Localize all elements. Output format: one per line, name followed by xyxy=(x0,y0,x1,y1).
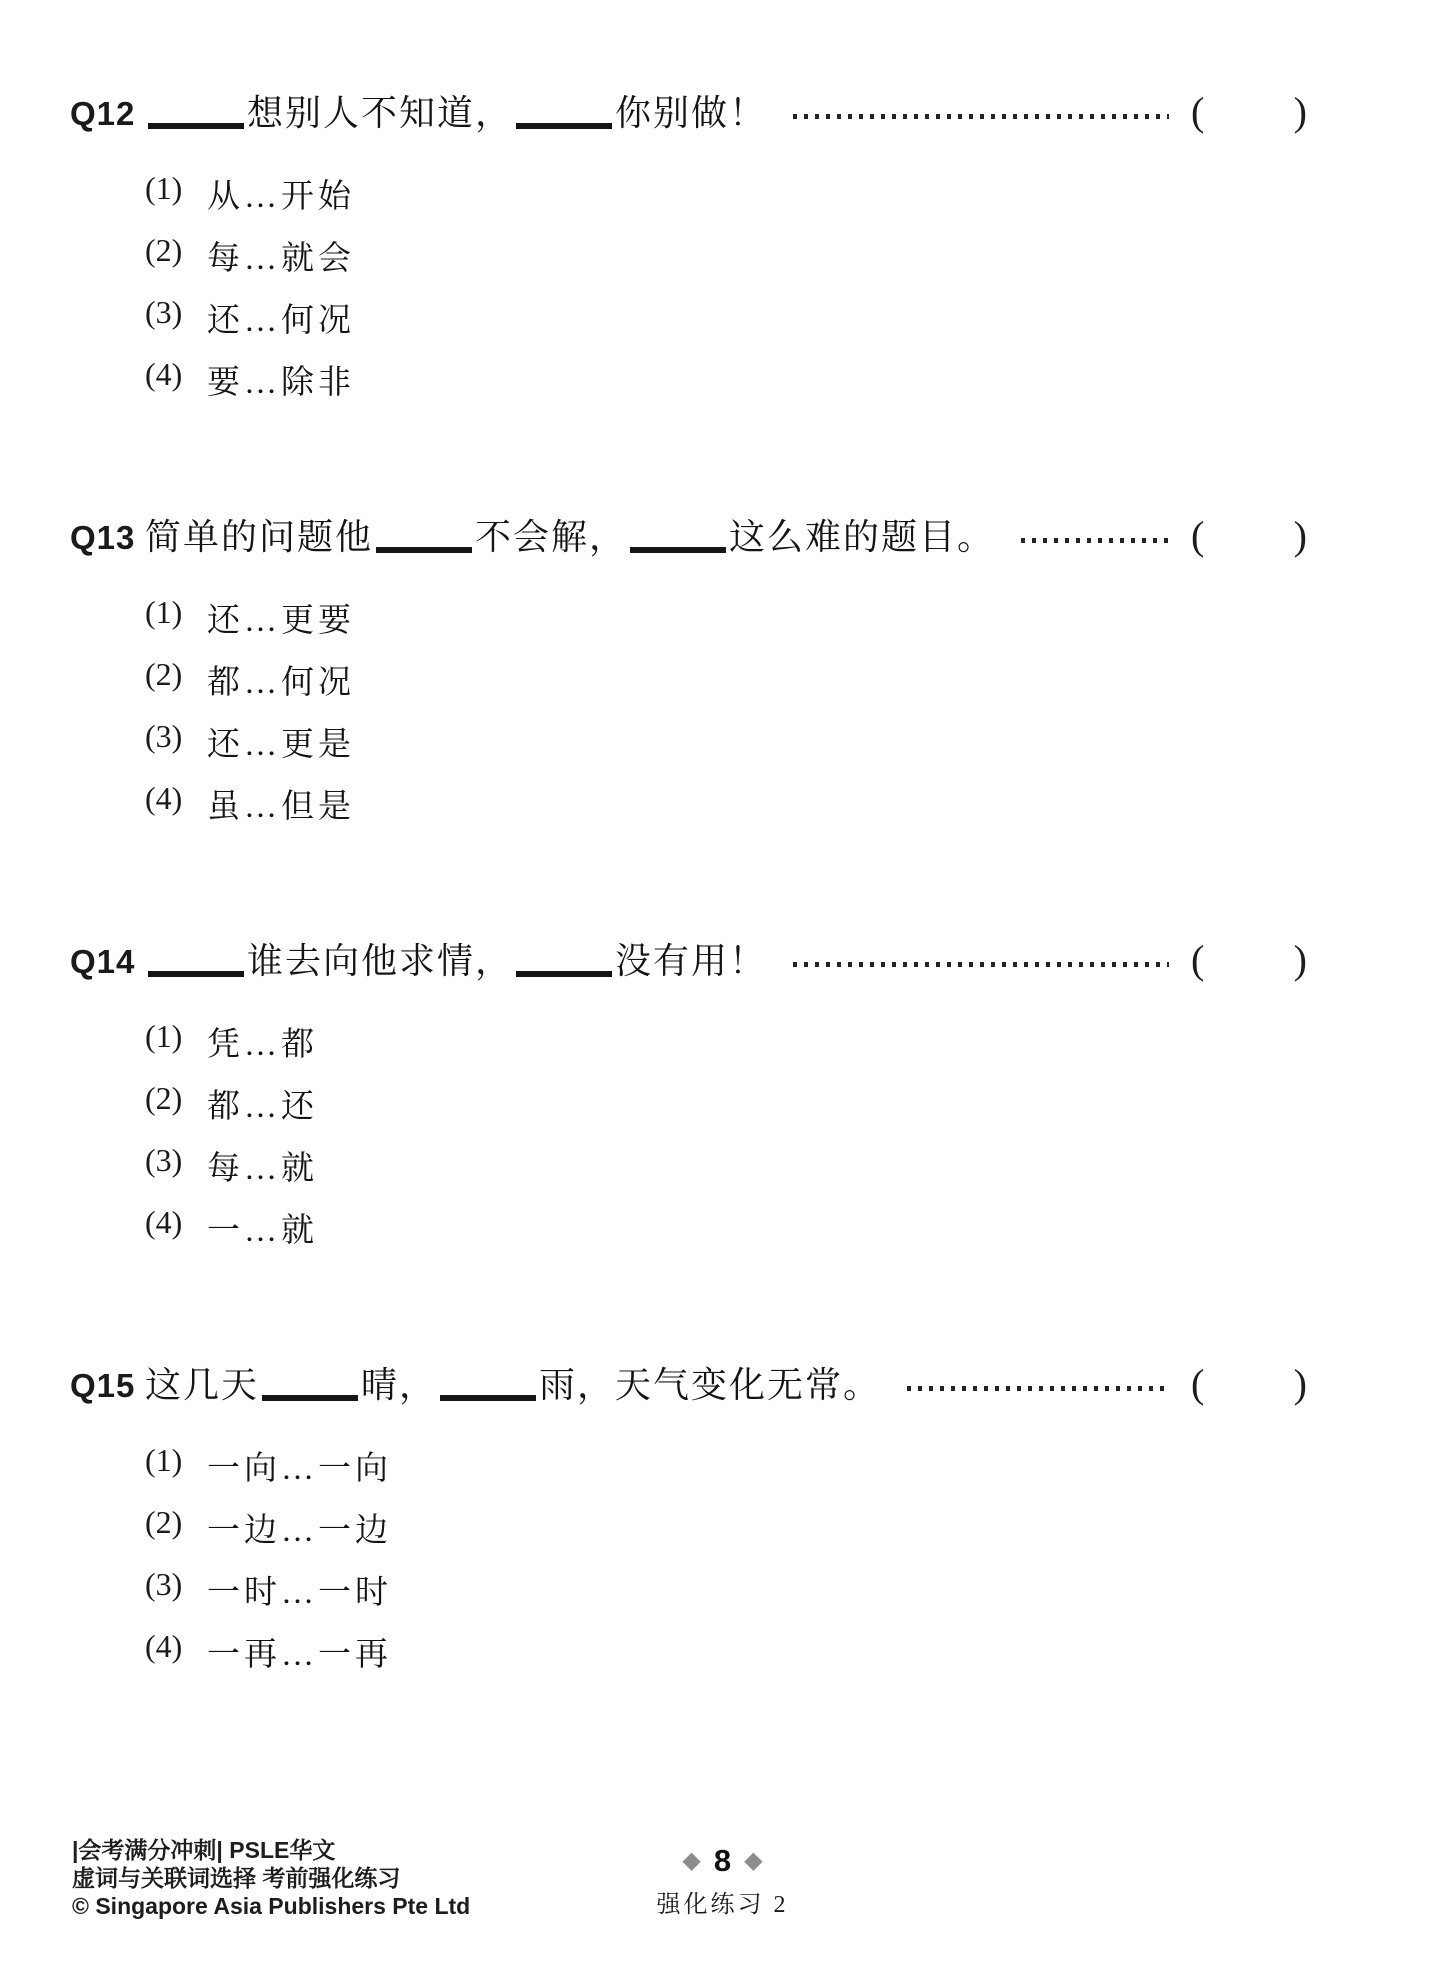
question-number: Q14 xyxy=(70,938,145,986)
question-block: Q15这几天晴，雨，天气变化无常。()(1)一向…一向(2)一边…一边(3)一时… xyxy=(70,1360,1307,1690)
option-row: (3)还…何况 xyxy=(145,294,1307,356)
option-number: (1) xyxy=(145,1442,207,1479)
question-header: Q15这几天晴，雨，天气变化无常。() xyxy=(70,1360,1307,1410)
question-block: Q14谁去向他求情，没有用！()(1)凭…都(2)都…还(3)每…就(4)一…就 xyxy=(70,936,1307,1266)
scanned-exam-page: Q12想别人不知道，你别做！()(1)从…开始(2)每…就会(3)还…何况(4)… xyxy=(0,0,1445,1978)
question-block: Q13简单的问题他不会解，这么难的题目。()(1)还…更要(2)都…何况(3)还… xyxy=(70,512,1307,842)
question-sentence: 想别人不知道，你别做！ xyxy=(145,89,767,137)
option-text: 凭…都 xyxy=(207,1018,318,1065)
sentence-text: 这么难的题目。 xyxy=(729,517,995,557)
answer-parentheses: () xyxy=(1191,512,1307,560)
option-row: (1)凭…都 xyxy=(145,1018,1307,1080)
option-text: 虽…但是 xyxy=(207,780,355,827)
options-list: (1)凭…都(2)都…还(3)每…就(4)一…就 xyxy=(145,1018,1307,1266)
answer-blank xyxy=(516,117,612,129)
sentence-text: 谁去向他求情， xyxy=(247,941,513,981)
option-row: (4)虽…但是 xyxy=(145,780,1307,842)
option-number: (1) xyxy=(145,170,207,207)
option-number: (3) xyxy=(145,718,207,755)
option-row: (4)一再…一再 xyxy=(145,1628,1307,1690)
option-row: (3)还…更是 xyxy=(145,718,1307,780)
option-row: (2)都…何况 xyxy=(145,656,1307,718)
page-number-row: ◆ 8 ◆ xyxy=(0,1843,1445,1879)
question-number: Q15 xyxy=(70,1362,145,1410)
option-number: (4) xyxy=(145,1628,207,1665)
option-text: 一再…一再 xyxy=(207,1628,392,1675)
open-paren: ( xyxy=(1191,512,1204,560)
sentence-text: 没有用！ xyxy=(615,941,767,981)
option-text: 一向…一向 xyxy=(207,1442,392,1489)
option-text: 一时…一时 xyxy=(207,1566,392,1613)
sentence-text: 想别人不知道， xyxy=(247,93,513,133)
answer-blank xyxy=(440,1389,536,1401)
question-sentence: 简单的问题他不会解，这么难的题目。 xyxy=(145,513,995,561)
option-row: (1)从…开始 xyxy=(145,170,1307,232)
option-text: 要…除非 xyxy=(207,356,355,403)
option-row: (1)一向…一向 xyxy=(145,1442,1307,1504)
options-list: (1)从…开始(2)每…就会(3)还…何况(4)要…除非 xyxy=(145,170,1307,418)
diamond-icon: ◆ xyxy=(682,1849,700,1873)
answer-parentheses: () xyxy=(1191,88,1307,136)
footer-page-block: ◆ 8 ◆ 强化练习 2 xyxy=(0,1843,1445,1919)
option-row: (4)一…就 xyxy=(145,1204,1307,1266)
questions: Q12想别人不知道，你别做！()(1)从…开始(2)每…就会(3)还…何况(4)… xyxy=(70,0,1307,1690)
option-row: (3)一时…一时 xyxy=(145,1566,1307,1628)
question-header: Q14谁去向他求情，没有用！() xyxy=(70,936,1307,986)
exercise-label: 强化练习 2 xyxy=(0,1884,1445,1919)
option-text: 每…就 xyxy=(207,1142,318,1189)
option-row: (2)一边…一边 xyxy=(145,1504,1307,1566)
worksheet-page: { "marks": { "open_paren": "(", "close_p… xyxy=(0,0,1445,1978)
dotted-leader xyxy=(793,114,1169,119)
option-number: (2) xyxy=(145,1504,207,1541)
option-number: (3) xyxy=(145,1142,207,1179)
close-paren: ) xyxy=(1294,88,1307,136)
question-sentence: 这几天晴，雨，天气变化无常。 xyxy=(145,1361,881,1409)
question-number: Q12 xyxy=(70,90,145,138)
option-number: (2) xyxy=(145,1080,207,1117)
answer-blank xyxy=(516,965,612,977)
sentence-text: 雨，天气变化无常。 xyxy=(539,1365,881,1405)
dotted-leader xyxy=(1021,538,1169,543)
option-number: (1) xyxy=(145,594,207,631)
close-paren: ) xyxy=(1294,936,1307,984)
options-list: (1)一向…一向(2)一边…一边(3)一时…一时(4)一再…一再 xyxy=(145,1442,1307,1690)
diamond-icon: ◆ xyxy=(744,1849,762,1873)
option-row: (2)都…还 xyxy=(145,1080,1307,1142)
option-number: (3) xyxy=(145,1566,207,1603)
option-number: (3) xyxy=(145,294,207,331)
option-row: (3)每…就 xyxy=(145,1142,1307,1204)
option-number: (2) xyxy=(145,232,207,269)
close-paren: ) xyxy=(1294,512,1307,560)
question-sentence: 谁去向他求情，没有用！ xyxy=(145,937,767,985)
sentence-text: 简单的问题他 xyxy=(145,517,373,557)
sentence-text: 你别做！ xyxy=(615,93,767,133)
open-paren: ( xyxy=(1191,88,1204,136)
options-list: (1)还…更要(2)都…何况(3)还…更是(4)虽…但是 xyxy=(145,594,1307,842)
option-text: 从…开始 xyxy=(207,170,355,217)
page-number: 8 xyxy=(714,1843,731,1879)
sentence-text: 晴， xyxy=(361,1365,437,1405)
question-header: Q12想别人不知道，你别做！() xyxy=(70,88,1307,138)
close-paren: ) xyxy=(1294,1360,1307,1408)
option-number: (4) xyxy=(145,780,207,817)
option-row: (2)每…就会 xyxy=(145,232,1307,294)
answer-blank xyxy=(262,1389,358,1401)
answer-blank xyxy=(630,541,726,553)
option-row: (4)要…除非 xyxy=(145,356,1307,418)
answer-blank xyxy=(376,541,472,553)
option-text: 还…更是 xyxy=(207,718,355,765)
option-number: (4) xyxy=(145,356,207,393)
option-number: (2) xyxy=(145,656,207,693)
answer-parentheses: () xyxy=(1191,936,1307,984)
option-text: 一…就 xyxy=(207,1204,318,1251)
option-text: 一边…一边 xyxy=(207,1504,392,1551)
option-text: 都…何况 xyxy=(207,656,355,703)
option-text: 还…何况 xyxy=(207,294,355,341)
answer-blank xyxy=(148,117,244,129)
option-number: (4) xyxy=(145,1204,207,1241)
option-number: (1) xyxy=(145,1018,207,1055)
dotted-leader xyxy=(793,962,1169,967)
question-header: Q13简单的问题他不会解，这么难的题目。() xyxy=(70,512,1307,562)
answer-blank xyxy=(148,965,244,977)
sentence-text: 这几天 xyxy=(145,1365,259,1405)
option-text: 每…就会 xyxy=(207,232,355,279)
answer-parentheses: () xyxy=(1191,1360,1307,1408)
open-paren: ( xyxy=(1191,936,1204,984)
question-block: Q12想别人不知道，你别做！()(1)从…开始(2)每…就会(3)还…何况(4)… xyxy=(70,88,1307,418)
open-paren: ( xyxy=(1191,1360,1204,1408)
dotted-leader xyxy=(907,1386,1169,1391)
sentence-text: 不会解， xyxy=(475,517,627,557)
option-text: 都…还 xyxy=(207,1080,318,1127)
option-row: (1)还…更要 xyxy=(145,594,1307,656)
question-number: Q13 xyxy=(70,514,145,562)
option-text: 还…更要 xyxy=(207,594,355,641)
